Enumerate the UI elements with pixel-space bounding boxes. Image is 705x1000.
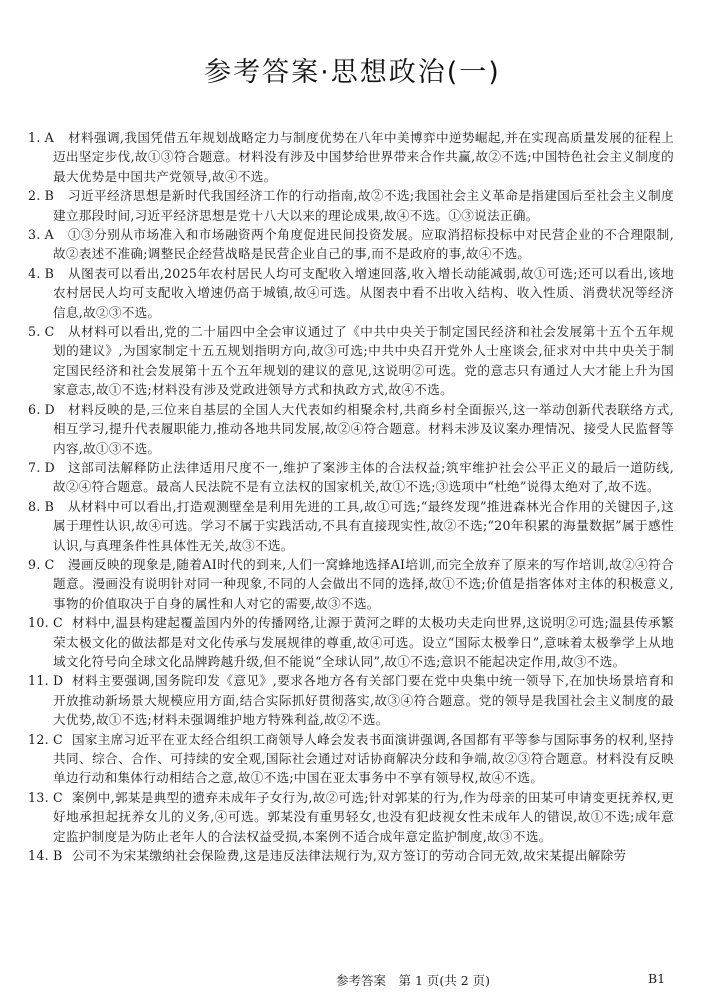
answer-item-7: 7.D 这部司法解释防止法律适用尺度不一,维护了案涉主体的合法权益;筑牢维护社会… xyxy=(28,458,674,497)
answer-number: 8. xyxy=(28,499,41,514)
answer-item-5: 5.C 从材料可以看出,党的二十届四中全会审议通过了《中共中央关于制定国民经济和… xyxy=(28,322,674,400)
answer-number: 5. xyxy=(28,324,41,339)
answer-key: D xyxy=(53,673,63,688)
answer-item-10: 10.C 材料中,温县构建起覆盖国内外的传播网络,让源于黄河之畔的太极功夫走向世… xyxy=(28,613,674,671)
answer-item-14: 14.B 公司不为宋某缴纳社会保险费,这是违反法律法规行为,双方签订的劳动合同无… xyxy=(28,846,674,865)
answer-number: 14. xyxy=(28,848,49,863)
answer-explanation: 案例中,郭某是典型的遗弃未成年子女行为,故②可选;针对郭某的行为,作为母亲的田某… xyxy=(53,788,674,846)
answer-item-12: 12.C 国家主席习近平在亚太经合组织工商领导人峰会发表书面演讲强调,各国都有平… xyxy=(28,730,674,788)
answer-key: C xyxy=(45,324,55,339)
answer-explanation: 习近平经济思想是新时代我国经济工作的行动指南,故②不选;我国社会主义革命是指建国… xyxy=(53,186,674,225)
answer-key: C xyxy=(53,732,63,747)
answer-explanation: 材料强调,我国凭借五年规划战略定力与制度优势在八年中美博弈中逆势崛起,并在实现高… xyxy=(53,128,674,186)
answer-key: B xyxy=(45,499,55,514)
answer-key: C xyxy=(53,790,63,805)
answer-explanation: 国家主席习近平在亚太经合组织工商领导人峰会发表书面演讲强调,各国都有平等参与国际… xyxy=(53,730,674,788)
answer-number: 9. xyxy=(28,557,41,572)
answer-key: B xyxy=(45,188,55,203)
document-code: B1 xyxy=(648,971,665,986)
answer-explanation: 从材料中可以看出,打造观测壁垒是利用先进的工具,故①可选;“最终发现”推进森林光… xyxy=(53,497,674,555)
answer-number: 11. xyxy=(28,673,49,688)
answer-explanation: 材料主要强调,国务院印发《意见》,要求各地方各有关部门要在党中央集中统一领导下,… xyxy=(53,671,674,729)
answer-item-6: 6.D 材料反映的是,三位来自基层的全国人大代表如约相聚余村,共商乡村全面振兴,… xyxy=(28,400,674,458)
answer-key: C xyxy=(45,557,55,572)
answer-key: C xyxy=(53,615,63,630)
answer-item-9: 9.C 漫画反映的现象是,随着AI时代的到来,人们一窝蜂地选择AI培训,而完全放… xyxy=(28,555,674,613)
answer-item-2: 2.B 习近平经济思想是新时代我国经济工作的行动指南,故②不选;我国社会主义革命… xyxy=(28,186,674,225)
answer-list: 1.A 材料强调,我国凭借五年规划战略定力与制度优势在八年中美博弈中逆势崛起,并… xyxy=(28,128,674,865)
answer-key: D xyxy=(45,402,55,417)
answer-explanation: 从材料可以看出,党的二十届四中全会审议通过了《中共中央关于制定国民经济和社会发展… xyxy=(53,322,674,400)
answer-item-3: 3.A ①③分别从市场准入和市场融资两个角度促进民间投资发展。应取消招标投标中对… xyxy=(28,225,674,264)
answer-key: B xyxy=(45,266,55,281)
answer-item-13: 13.C 案例中,郭某是典型的遗弃未成年子女行为,故②可选;针对郭某的行为,作为… xyxy=(28,788,674,846)
answer-number: 7. xyxy=(28,460,41,475)
answer-explanation: 漫画反映的现象是,随着AI时代的到来,人们一窝蜂地选择AI培训,而完全放弃了原来… xyxy=(53,555,674,613)
answer-key: D xyxy=(45,460,55,475)
answer-explanation: 材料中,温县构建起覆盖国内外的传播网络,让源于黄河之畔的太极功夫走向世界,这说明… xyxy=(53,613,674,671)
answer-item-1: 1.A 材料强调,我国凭借五年规划战略定力与制度优势在八年中美博弈中逆势崛起,并… xyxy=(28,128,674,186)
answer-number: 1. xyxy=(28,130,41,145)
answer-key: A xyxy=(45,130,54,145)
answer-item-8: 8.B 从材料中可以看出,打造观测壁垒是利用先进的工具,故①可选;“最终发现”推… xyxy=(28,497,674,555)
answer-number: 3. xyxy=(28,227,41,242)
page-title: 参考答案·思想政治(一) xyxy=(0,50,705,89)
answer-number: 4. xyxy=(28,266,41,281)
answer-explanation: 材料反映的是,三位来自基层的全国人大代表如约相聚余村,共商乡村全面振兴,这一举动… xyxy=(53,400,674,458)
answer-explanation: 这部司法解释防止法律适用尺度不一,维护了案涉主体的合法权益;筑牢维护社会公平正义… xyxy=(53,458,674,497)
answer-explanation: 从图表可以看出,2025年农村居民人均可支配收入增速回落,收入增长动能减弱,故①… xyxy=(53,264,674,322)
answer-number: 12. xyxy=(28,732,49,747)
answer-number: 10. xyxy=(28,615,49,630)
answer-explanation: ①③分别从市场准入和市场融资两个角度促进民间投资发展。应取消招标投标中对民营企业… xyxy=(53,225,674,264)
answer-number: 2. xyxy=(28,188,41,203)
page-number: 参考答案 第 1 页(共 2 页) xyxy=(336,971,490,989)
answer-number: 13. xyxy=(28,790,49,805)
answer-explanation: 公司不为宋某缴纳社会保险费,这是违反法律法规行为,双方签订的劳动合同无效,故宋某… xyxy=(53,846,674,865)
answer-item-11: 11.D 材料主要强调,国务院印发《意见》,要求各地方各有关部门要在党中央集中统… xyxy=(28,671,674,729)
answer-item-4: 4.B 从图表可以看出,2025年农村居民人均可支配收入增速回落,收入增长动能减… xyxy=(28,264,674,322)
answer-key: A xyxy=(45,227,54,242)
answer-key: B xyxy=(53,848,63,863)
answer-number: 6. xyxy=(28,402,41,417)
